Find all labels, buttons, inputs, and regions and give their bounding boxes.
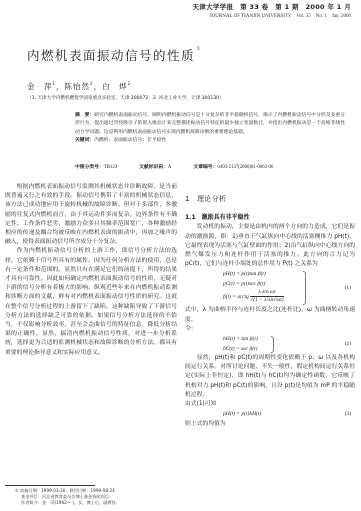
- equation-2: hH(t) = tan β(t) hC(t) = sec β(t) (2): [185, 334, 355, 354]
- footnote-divider: [5, 485, 95, 486]
- paper-title-text: 内燃机表面振动信号的性质: [27, 48, 195, 63]
- brace-icon: [271, 336, 274, 353]
- equation-1: pH(t) = p(t)tan β(t) pC(t) = p(t)sec β(t…: [185, 269, 355, 305]
- abstract-label: 摘 要：: [75, 113, 94, 118]
- abstract-text: 研究内燃机表面振动信号，阐明内燃机振动信号是十分复杂的非平稳随机信号，揭示了内燃…: [75, 113, 345, 135]
- journal-header-en: JOURNAL OF TIANJIN UNIVERSITY Vol. 33 No…: [210, 12, 351, 19]
- footnote-author-bio: 作者简介：金 萍(1962— )，女，博士后，副教授.: [15, 500, 117, 506]
- body-paragraph: 令：: [185, 325, 355, 334]
- keywords: 关键词：内燃机；表面振动信号；非平稳性: [75, 137, 345, 145]
- body-paragraph: 显然，pH(t)和 pC(t)的周期性变化依赖于 p、ω 以及各机构间运行关系。…: [185, 354, 355, 400]
- equation-line: hC(t) = sec β(t): [223, 344, 355, 354]
- author-list: 金 萍1，陈怡然2，白 烨2: [27, 81, 131, 92]
- equation-line: pC(t) = p(t)sec β(t): [223, 279, 355, 289]
- equation-line: pH(t) = p(t)tan β(t): [223, 269, 355, 279]
- affiliations: （1. 天津大学内燃机燃烧学国家重点实验室，天津 300072；2. 河北工业大…: [27, 95, 224, 101]
- left-column: 根据内燃机表面振动信号监测其机械状态并诊断故障，是当前既普遍又行之有效的手段。振…: [5, 183, 177, 358]
- subsection-heading: 1.1 激励具有非平稳性: [185, 213, 355, 222]
- right-column: 1 理论分析 1.1 激励具有非平稳性 发动机的振动，主要是由机内的两个方向的力…: [185, 183, 355, 429]
- body-paragraph: 发动机的振动，主要是由机内的两个方向的力造成，它们是振动的激励源，即：1)垂直于…: [185, 223, 355, 269]
- journal-header-cn: 天津大学学报 第 33 卷 第 1 期 2000 年 1 月: [192, 2, 351, 11]
- doc-code-label: 文献标识码：: [139, 165, 168, 170]
- body-paragraph: 由式(1)可知: [185, 400, 355, 409]
- fraction: λ sin ωt √(1 − λ²sin²ωt): [250, 289, 283, 304]
- clc-label: 中图分类号：: [75, 165, 104, 170]
- body-paragraph: 则上式的均值为: [185, 420, 355, 429]
- author-separator: ，: [94, 82, 103, 91]
- body-paragraph: 作为内燃机振动信号分析的上游工作，即信号分析方法的选择，它依赖于信号所具有的属性…: [5, 247, 177, 357]
- doc-code-value: A: [168, 165, 171, 170]
- abstract: 摘 要：研究内燃机表面振动信号，阐明内燃机振动信号是十分复杂的非平稳随机信号，揭…: [75, 112, 345, 145]
- brace-icon: [303, 271, 306, 305]
- paper-title: 内燃机表面振动信号的性质①: [27, 46, 202, 64]
- equation-line: pH(t) = p(t)hH(t): [223, 409, 355, 419]
- equation-line: hH(t) = tan β(t): [223, 334, 355, 344]
- body-paragraph: 根据内燃机表面振动信号监测其机械状态并诊断故障，是当前既普遍又行之有效的手段。振…: [5, 183, 177, 247]
- author-name: 金 萍: [27, 82, 53, 91]
- equation-line: β(t) = arctg λ sin ωt √(1 − λ²sin²ωt): [223, 289, 355, 304]
- title-footnote-marker: ①: [196, 46, 202, 52]
- section-heading: 1 理论分析: [185, 195, 355, 204]
- keywords-value: 内燃机；表面振动信号；非平稳性: [94, 138, 166, 143]
- article-id-value: 0493-2137(2000)01-0063-06: [217, 165, 273, 170]
- equation-number: (3): [345, 409, 351, 419]
- article-id-label: 文章编号：: [193, 165, 217, 170]
- equation-3: pH(t) = p(t)hH(t) (3): [185, 409, 355, 420]
- equation-number: (2): [345, 339, 351, 349]
- equation-number: (1): [345, 283, 351, 293]
- author-affiliation-marker: 2: [128, 81, 132, 86]
- author-name: 陈怡然: [65, 82, 91, 91]
- clc-value: TB123: [104, 165, 117, 170]
- author-separator: ，: [56, 82, 65, 91]
- author-name: 白 烨: [102, 82, 128, 91]
- footnote: ① 收稿日期：1999-03-30；修回日期：1999-08-24. 基金项目：…: [15, 488, 117, 506]
- keywords-label: 关键词：: [75, 138, 94, 143]
- body-paragraph: 式中，λ 为曲柄半径与连杆长度之比(连杆比)，ω 为曲柄转动角速度。: [185, 306, 355, 324]
- classification-row: 中图分类号：TB123文献标识码：A文章编号：0493-2137(2000)01…: [75, 163, 345, 170]
